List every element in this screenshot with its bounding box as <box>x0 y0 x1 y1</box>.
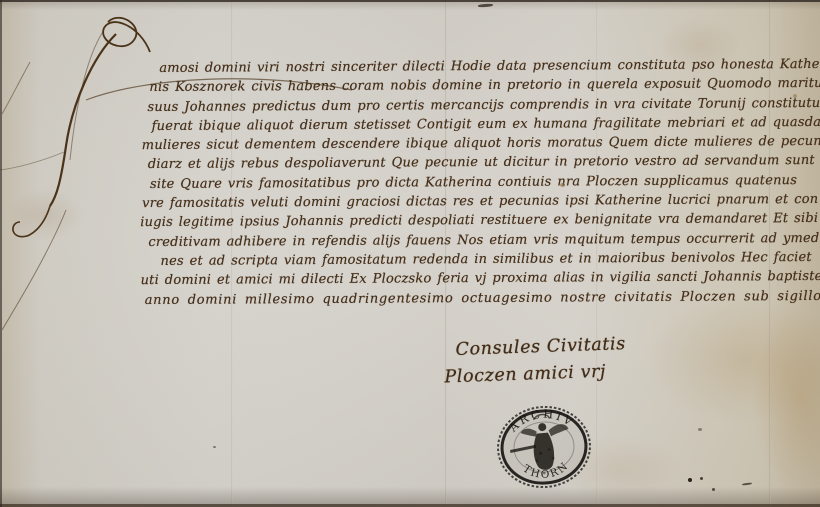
photo-edge <box>0 0 2 507</box>
ink-speck <box>712 488 715 491</box>
photo-edge <box>0 0 820 2</box>
ink-speck <box>213 446 216 448</box>
stain-spot <box>793 94 797 98</box>
ink-speck <box>478 3 493 7</box>
closing-signature-block: Consules Civitatis Ploczen amici vrj <box>455 331 627 391</box>
archive-stamp: ARCHIV THORN <box>488 399 599 496</box>
ink-speck <box>700 477 703 480</box>
manuscript-line: anno domini millesimo quadringentesimo o… <box>145 287 811 310</box>
ink-speck <box>742 482 752 485</box>
ink-speck <box>688 478 692 482</box>
stain-spot <box>560 183 565 187</box>
ink-speck <box>698 428 702 431</box>
signature-line: Ploczen amici vrj <box>444 358 627 391</box>
manuscript-text-block: amosi domini viri nostri sinceriter dile… <box>149 55 811 310</box>
manuscript-photo: amosi domini viri nostri sinceriter dile… <box>0 0 820 507</box>
